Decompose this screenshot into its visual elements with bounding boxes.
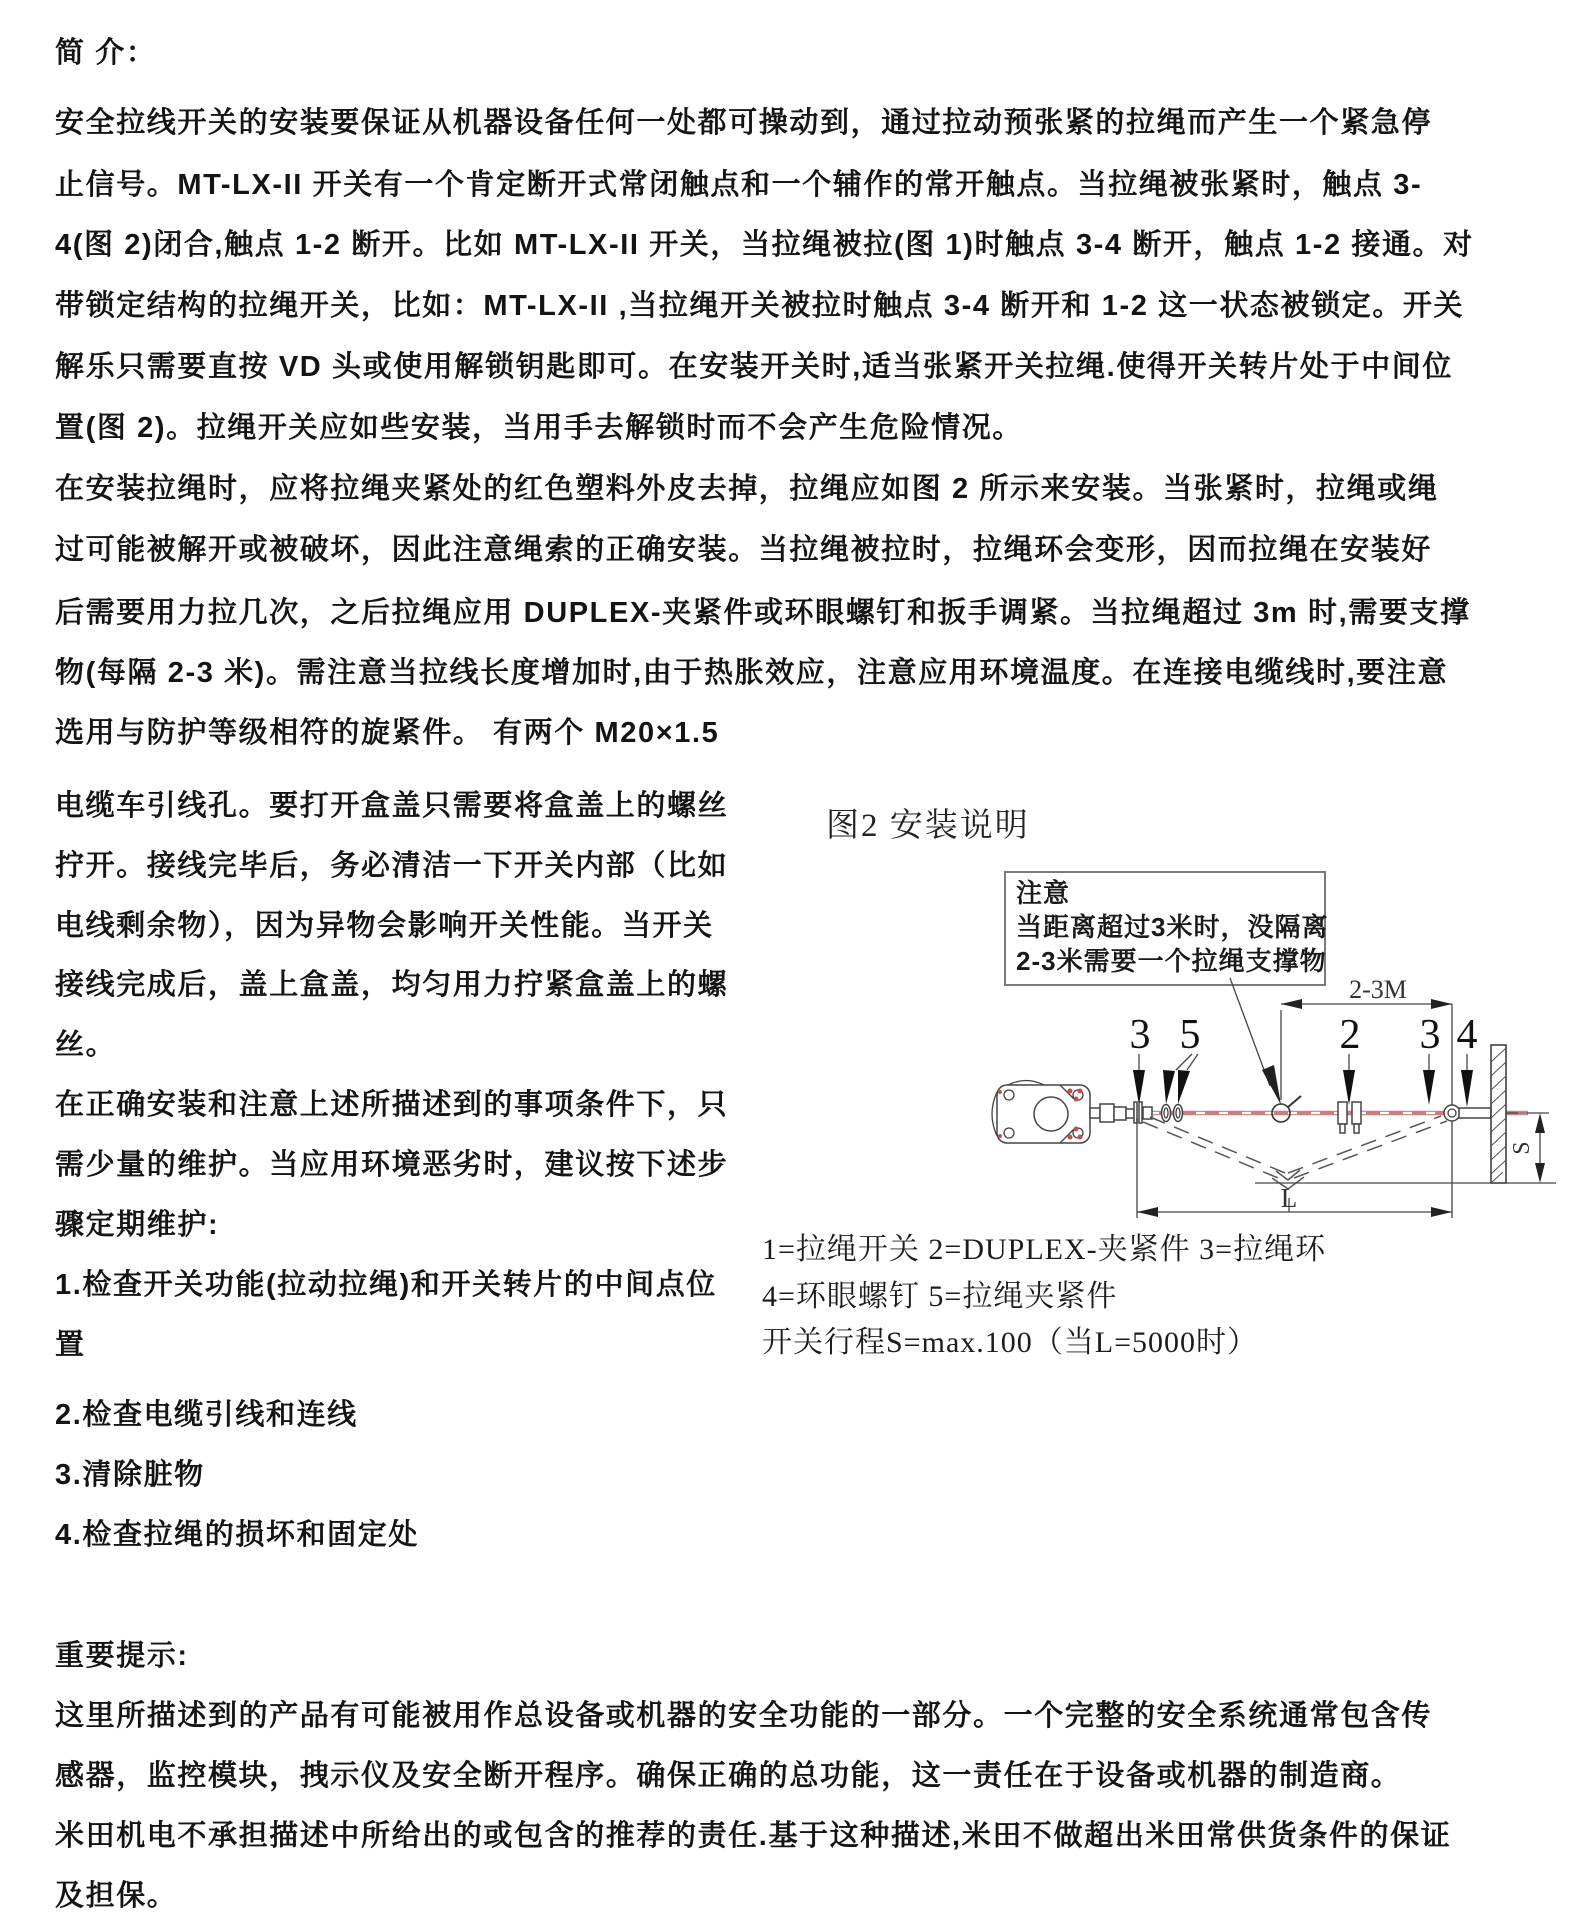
manual-page: 简 介： 安全拉线开关的安装要保证从机器设备任何一处都可操动到，通过拉动预张紧的…	[0, 0, 1582, 1920]
note-leader-line	[1230, 978, 1281, 1105]
text-line: 感器，监控模块，拽示仪及安全断开程序。确保正确的总功能，这一责任在于设备或机器的…	[55, 1753, 1401, 1794]
maintenance-step-3: 3.清除脏物	[55, 1452, 205, 1493]
dimension-l: L	[1137, 1118, 1452, 1218]
text-line: 物(每隔 2-3 米)。需注意当拉线长度增加时,由于热胀效应，注意应用环境温度。…	[55, 650, 1448, 691]
text-line: 骤定期维护:	[55, 1202, 219, 1243]
text-line: 带锁定结构的拉绳开关，比如：MT-LX-II ,当拉绳开关被拉时触点 3-4 断…	[55, 283, 1464, 324]
text-line: 过可能被解开或被破坏，因此注意绳索的正确安装。当拉绳被拉时，拉绳环会变形，因而拉…	[55, 527, 1432, 568]
figure-legend-line: 开关行程S=max.100（当L=5000时）	[762, 1317, 1258, 1361]
figure-legend-line: 4=环眼螺钉 5=拉绳夹紧件	[762, 1271, 1117, 1315]
text-line: 及担保。	[55, 1873, 177, 1914]
text-line: 在安装拉绳时，应将拉绳夹紧处的红色塑料外皮去掉，拉绳应如图 2 所示来安装。当张…	[55, 466, 1438, 507]
maintenance-step-2: 2.检查电缆引线和连线	[55, 1392, 358, 1433]
dim-travel-label: S	[1509, 1141, 1535, 1154]
text-line: 安全拉线开关的安装要保证从机器设备任何一处都可操动到，通过拉动预张紧的拉绳而产生…	[55, 100, 1432, 141]
dim-span-label: 2-3M	[1349, 975, 1407, 1004]
installation-diagram: 2-3M 3 5 2 3 4	[760, 850, 1582, 1230]
text-line: 4(图 2)闭合,触点 1-2 断开。比如 MT-LX-II 开关，当拉绳被拉(…	[55, 222, 1474, 263]
pulled-rope-dashed	[1143, 1116, 1447, 1180]
section-heading-intro: 简 介：	[55, 30, 156, 71]
text-line: 在正确安装和注意上述所描述到的事项条件下，只	[55, 1082, 728, 1123]
text-line: 米田机电不承担描述中所给出的或包含的推荐的责任.基于这种描述,米田不做超出米田常…	[55, 1813, 1451, 1854]
figure-title: 图2 安装说明	[826, 799, 1030, 846]
callout-2: 2	[1340, 1012, 1361, 1058]
section-heading-important: 重要提示:	[55, 1633, 189, 1674]
wall-hatch	[1491, 1045, 1506, 1183]
figure-legend-line: 1=拉绳开关 2=DUPLEX-夹紧件 3=拉绳环	[762, 1224, 1326, 1268]
text-line: 解乐只需要直按 VD 头或使用解锁钥匙即可。在安装开关时,适当张紧开关拉绳.使得…	[55, 344, 1453, 385]
maintenance-step-1: 1.检查开关功能(拉动拉绳)和开关转片的中间点位	[55, 1262, 717, 1303]
text-line: 这里所描述到的产品有可能被用作总设备或机器的安全功能的一部分。一个完整的安全系统…	[55, 1693, 1432, 1734]
maintenance-step-4: 4.检查拉绳的损坏和固定处	[55, 1512, 419, 1553]
text-line: 电线剩余物），因为异物会影响开关性能。当开关	[55, 903, 714, 944]
text-line: 电缆车引线孔。要打开盒盖只需要将盒盖上的螺丝	[55, 783, 728, 824]
callout-4: 4	[1457, 1012, 1478, 1058]
callout-3b: 3	[1420, 1012, 1441, 1058]
text-line: 接线完成后，盖上盒盖，均匀用力拧紧盒盖上的螺	[55, 962, 728, 1003]
rope-ring	[1444, 1105, 1460, 1121]
dim-length-label: L	[1281, 1183, 1298, 1213]
callout-arrows	[1133, 1054, 1473, 1107]
text-line: 后需要用力拉几次，之后拉绳应用 DUPLEX-夹紧件或环眼螺钉和扳手调紧。当拉绳…	[55, 590, 1471, 631]
pull-switch-drawing	[992, 1081, 1152, 1144]
duplex-clamp	[1338, 1102, 1361, 1133]
eye-screw	[1459, 1108, 1491, 1118]
callout-numbers: 3 5 2 3 4	[1130, 1012, 1478, 1058]
callout-5: 5	[1180, 1012, 1201, 1058]
rope-support-ring	[1272, 1096, 1301, 1122]
text-line: 止信号。MT-LX-II 开关有一个肯定断开式常闭触点和一个辅作的常开触点。当拉…	[55, 162, 1422, 203]
text-line: 丝。	[55, 1022, 116, 1063]
text-line: 拧开。接线完毕后，务必清洁一下开关内部（比如	[55, 843, 728, 884]
text-line: 需少量的维护。当应用环境恶劣时，建议按下述步	[55, 1142, 728, 1183]
text-line: 置	[55, 1322, 86, 1363]
text-line: 选用与防护等级相符的旋紧件。 有两个 M20×1.5	[55, 710, 719, 751]
callout-3a: 3	[1130, 1012, 1151, 1058]
text-line: 置(图 2)。拉绳开关应如些安装，当用手去解锁时而不会产生危险情况。	[55, 405, 1023, 446]
dimension-s: S	[1255, 1113, 1556, 1183]
